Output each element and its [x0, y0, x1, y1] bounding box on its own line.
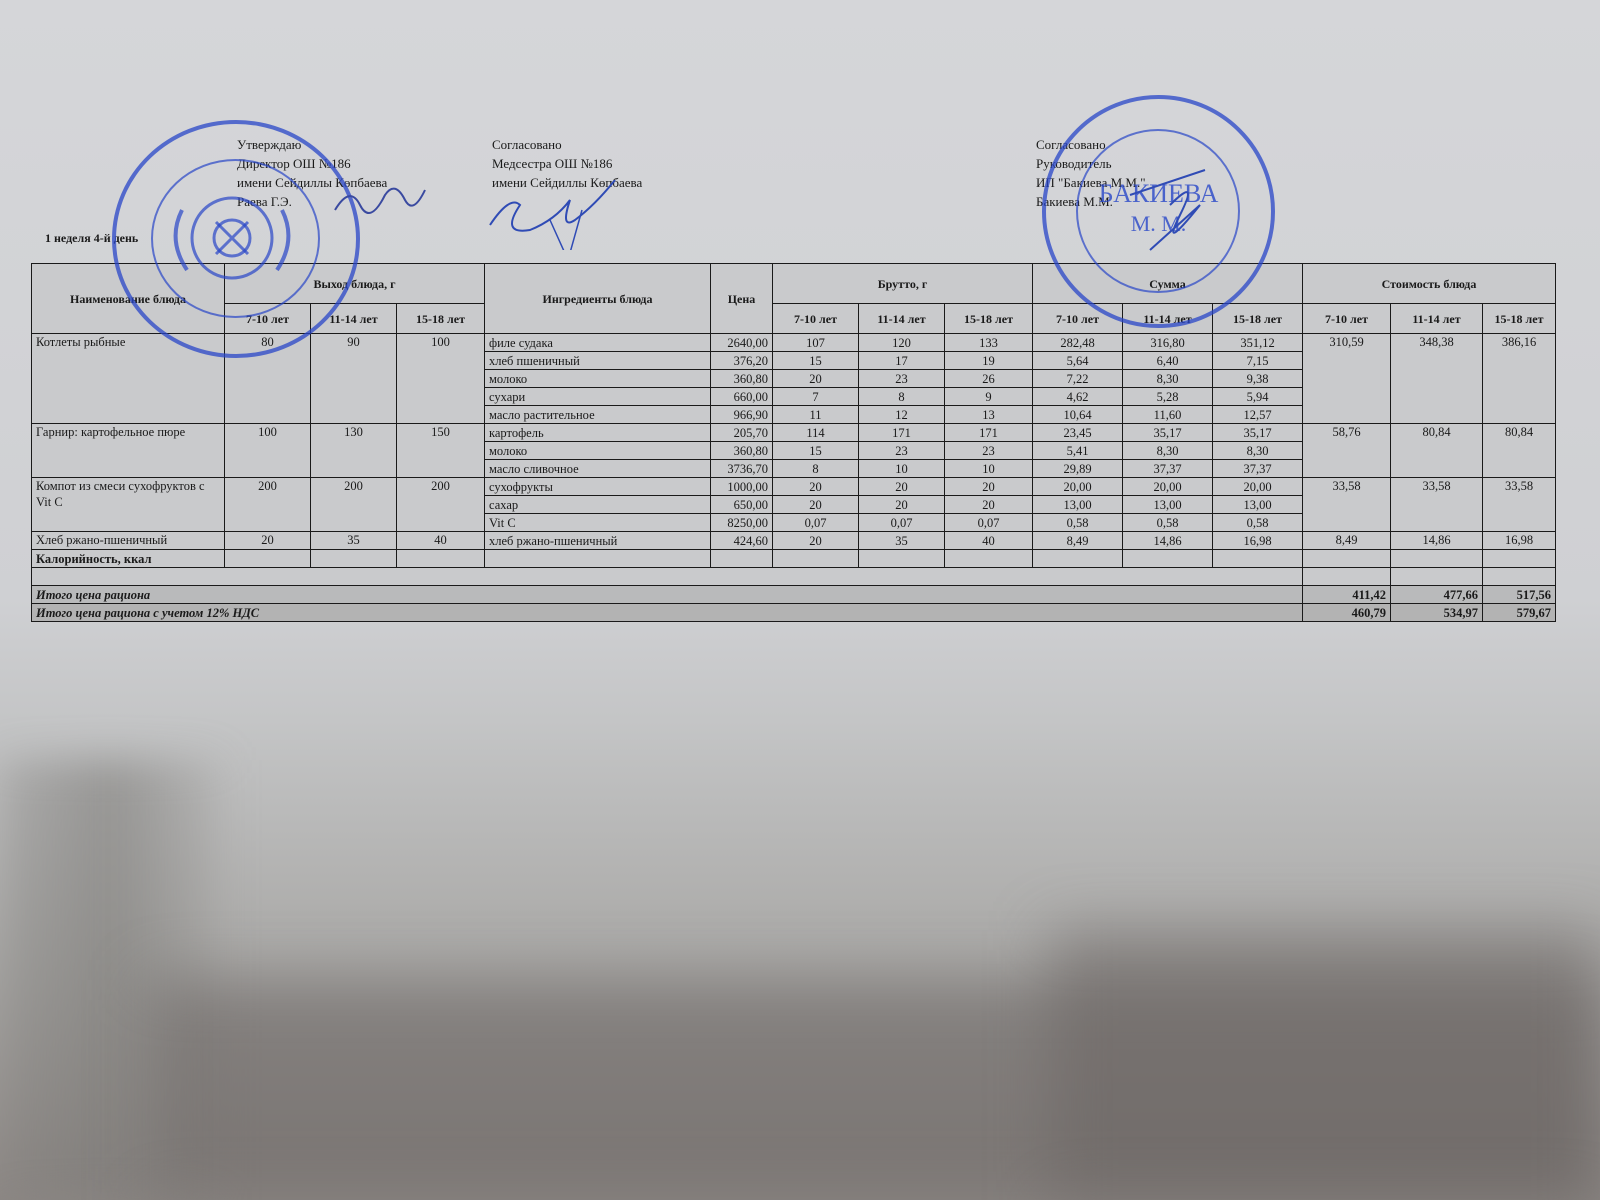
dish-name: Гарнир: картофельное пюре — [32, 424, 225, 478]
ingredient-price: 660,00 — [711, 388, 773, 406]
dish-portion: 200 — [225, 478, 311, 532]
approval-school: имени Сейдиллы Көпбаева — [237, 173, 387, 192]
empty-cell — [1303, 550, 1391, 568]
dish-portion: 200 — [311, 478, 397, 532]
ingredient-price: 205,70 — [711, 424, 773, 442]
calories-row: Калорийность, ккал — [32, 550, 1556, 568]
total-vat-label: Итого цена рациона с учетом 12% НДС — [32, 604, 1303, 622]
ingredient-sum: 13,00 — [1123, 496, 1213, 514]
dish-cost: 33,58 — [1303, 478, 1391, 532]
ingredient-gross: 40 — [945, 532, 1033, 550]
ingredient-gross: 0,07 — [859, 514, 945, 532]
ingredient-gross: 20 — [859, 496, 945, 514]
dish-name: Компот из смеси сухофруктов с Vit C — [32, 478, 225, 532]
empty-cell — [859, 550, 945, 568]
table-row: Хлеб ржано-пшеничный203540хлеб ржано-пше… — [32, 532, 1556, 550]
dish-cost: 16,98 — [1483, 532, 1556, 550]
ingredient-sum: 20,00 — [1123, 478, 1213, 496]
ingredient-sum: 5,94 — [1213, 388, 1303, 406]
ingredient-sum: 0,58 — [1123, 514, 1213, 532]
ingredient-sum: 20,00 — [1033, 478, 1123, 496]
ingredient-gross: 10 — [945, 460, 1033, 478]
ingredient-gross: 133 — [945, 334, 1033, 352]
ingredient-sum: 13,00 — [1033, 496, 1123, 514]
ingredient-gross: 20 — [773, 496, 859, 514]
ingredient-gross: 20 — [773, 478, 859, 496]
ingredient-price: 360,80 — [711, 442, 773, 460]
ingredient-gross: 11 — [773, 406, 859, 424]
ingredient-sum: 351,12 — [1213, 334, 1303, 352]
supplier-company: ИП "Бакиева М.М." — [1036, 173, 1146, 192]
ingredient-price: 650,00 — [711, 496, 773, 514]
empty-cell — [773, 550, 859, 568]
ingredient-name: хлеб ржано-пшеничный — [485, 532, 711, 550]
ingredient-sum: 6,40 — [1123, 352, 1213, 370]
dish-portion: 20 — [225, 532, 311, 550]
ingredient-sum: 37,37 — [1123, 460, 1213, 478]
empty-cell — [225, 550, 311, 568]
ingredient-gross: 7 — [773, 388, 859, 406]
header-dish-cost: Стоимость блюда — [1303, 264, 1556, 304]
stamp-initials: М. М. — [1046, 211, 1271, 237]
ingredient-sum: 5,28 — [1123, 388, 1213, 406]
ingredient-sum: 10,64 — [1033, 406, 1123, 424]
header-cost-age2: 11-14 лет — [1391, 304, 1483, 334]
total-label: Итого цена рациона — [32, 586, 1303, 604]
empty-cell — [311, 550, 397, 568]
dish-cost: 386,16 — [1483, 334, 1556, 424]
ingredient-sum: 20,00 — [1213, 478, 1303, 496]
ingredient-sum: 37,37 — [1213, 460, 1303, 478]
header-sum-age1: 7-10 лет — [1033, 304, 1123, 334]
header-gross-age2: 11-14 лет — [859, 304, 945, 334]
table-row: Гарнир: картофельное пюре100130150картоф… — [32, 424, 1556, 442]
ingredient-price: 966,90 — [711, 406, 773, 424]
menu-table: Наименование блюда Выход блюда, г Ингред… — [31, 263, 1556, 622]
header-portion-age1: 7-10 лет — [225, 304, 311, 334]
ingredient-name: Vit C — [485, 514, 711, 532]
ingredient-sum: 282,48 — [1033, 334, 1123, 352]
ingredient-gross: 23 — [859, 442, 945, 460]
table-row: Котлеты рыбные8090100филе судака2640,001… — [32, 334, 1556, 352]
nurse-school: имени Сейдиллы Көпбаева — [492, 173, 642, 192]
ingredient-sum: 7,22 — [1033, 370, 1123, 388]
nurse-agreement-title: Согласовано — [492, 135, 642, 154]
ingredient-gross: 23 — [945, 442, 1033, 460]
ingredient-gross: 20 — [773, 370, 859, 388]
empty-cell — [1391, 550, 1483, 568]
dish-cost: 310,59 — [1303, 334, 1391, 424]
week-day-label: 1 неделя 4-й день — [45, 231, 138, 246]
ingredient-gross: 120 — [859, 334, 945, 352]
ingredient-sum: 35,17 — [1213, 424, 1303, 442]
supplier-agreement-title: Согласовано — [1036, 135, 1146, 154]
total-vat-value: 460,79 — [1303, 604, 1391, 622]
header-portion-age3: 15-18 лет — [397, 304, 485, 334]
ingredient-name: хлеб пшеничный — [485, 352, 711, 370]
ingredient-name: филе судака — [485, 334, 711, 352]
ingredient-gross: 10 — [859, 460, 945, 478]
ingredient-price: 360,80 — [711, 370, 773, 388]
ingredient-price: 2640,00 — [711, 334, 773, 352]
header-sum: Сумма — [1033, 264, 1303, 304]
dish-name: Котлеты рыбные — [32, 334, 225, 424]
total-value: 477,66 — [1391, 586, 1483, 604]
dish-cost: 80,84 — [1483, 424, 1556, 478]
header-cost-age3: 15-18 лет — [1483, 304, 1556, 334]
dish-name: Хлеб ржано-пшеничный — [32, 532, 225, 550]
ingredient-price: 3736,70 — [711, 460, 773, 478]
ingredient-sum: 0,58 — [1213, 514, 1303, 532]
ingredient-gross: 19 — [945, 352, 1033, 370]
ingredient-name: масло сливочное — [485, 460, 711, 478]
dish-portion: 35 — [311, 532, 397, 550]
header-portion-age2: 11-14 лет — [311, 304, 397, 334]
ingredient-name: молоко — [485, 370, 711, 388]
dish-portion: 150 — [397, 424, 485, 478]
ingredient-price: 376,20 — [711, 352, 773, 370]
ingredient-sum: 7,15 — [1213, 352, 1303, 370]
dish-portion: 100 — [397, 334, 485, 424]
ingredient-sum: 8,49 — [1033, 532, 1123, 550]
dish-portion: 90 — [311, 334, 397, 424]
supplier-agreement-block: Согласовано Руководитель ИП "Бакиева М.М… — [1036, 135, 1146, 211]
ingredient-gross: 0,07 — [945, 514, 1033, 532]
header-cost-age1: 7-10 лет — [1303, 304, 1391, 334]
photo-shadow — [1050, 930, 1600, 1200]
empty-cell — [1033, 550, 1123, 568]
header-gross-age1: 7-10 лет — [773, 304, 859, 334]
supplier-position: Руководитель — [1036, 154, 1146, 173]
ingredient-sum: 29,89 — [1033, 460, 1123, 478]
approval-title: Утверждаю — [237, 135, 387, 154]
dish-portion: 100 — [225, 424, 311, 478]
ingredient-gross: 26 — [945, 370, 1033, 388]
dish-portion: 200 — [397, 478, 485, 532]
ingredient-name: молоко — [485, 442, 711, 460]
header-gross-age3: 15-18 лет — [945, 304, 1033, 334]
dish-cost: 33,58 — [1483, 478, 1556, 532]
ingredient-sum: 4,62 — [1033, 388, 1123, 406]
ingredient-gross: 171 — [859, 424, 945, 442]
ingredient-name: сухофрукты — [485, 478, 711, 496]
ingredient-sum: 0,58 — [1033, 514, 1123, 532]
empty-cell — [485, 550, 711, 568]
ingredient-gross: 12 — [859, 406, 945, 424]
ingredient-gross: 15 — [773, 352, 859, 370]
ingredient-gross: 20 — [773, 532, 859, 550]
nurse-agreement-block: Согласовано Медсестра ОШ №186 имени Сейд… — [492, 135, 642, 192]
dish-portion: 80 — [225, 334, 311, 424]
supplier-name: Бакиева М.М. — [1036, 192, 1146, 211]
total-row: Итого цена рациона411,42477,66517,56 — [32, 586, 1556, 604]
ingredient-sum: 14,86 — [1123, 532, 1213, 550]
header-dish-name: Наименование блюда — [32, 264, 225, 334]
ingredient-name: сухари — [485, 388, 711, 406]
total-value: 517,56 — [1483, 586, 1556, 604]
ingredient-sum: 8,30 — [1123, 370, 1213, 388]
dish-cost: 8,49 — [1303, 532, 1391, 550]
ingredient-sum: 35,17 — [1123, 424, 1213, 442]
ingredient-price: 1000,00 — [711, 478, 773, 496]
dish-portion: 40 — [397, 532, 485, 550]
ingredient-sum: 5,64 — [1033, 352, 1123, 370]
approval-name: Раева Г.Э. — [237, 192, 387, 211]
ingredient-gross: 107 — [773, 334, 859, 352]
ingredient-gross: 20 — [945, 478, 1033, 496]
ingredient-sum: 13,00 — [1213, 496, 1303, 514]
ingredient-sum: 5,41 — [1033, 442, 1123, 460]
ingredient-gross: 0,07 — [773, 514, 859, 532]
dish-cost: 348,38 — [1391, 334, 1483, 424]
dish-cost: 14,86 — [1391, 532, 1483, 550]
total-vat-row: Итого цена рациона с учетом 12% НДС460,7… — [32, 604, 1556, 622]
ingredient-gross: 35 — [859, 532, 945, 550]
ingredient-sum: 8,30 — [1123, 442, 1213, 460]
table-row: Компот из смеси сухофруктов с Vit C20020… — [32, 478, 1556, 496]
total-value: 411,42 — [1303, 586, 1391, 604]
ingredient-name: картофель — [485, 424, 711, 442]
ingredient-name: масло растительное — [485, 406, 711, 424]
ingredient-sum: 316,80 — [1123, 334, 1213, 352]
empty-cell — [1123, 550, 1213, 568]
total-vat-value: 534,97 — [1391, 604, 1483, 622]
ingredient-gross: 8 — [859, 388, 945, 406]
dish-cost: 80,84 — [1391, 424, 1483, 478]
ingredient-gross: 9 — [945, 388, 1033, 406]
ingredient-gross: 8 — [773, 460, 859, 478]
ingredient-sum: 9,38 — [1213, 370, 1303, 388]
header-sum-age2: 11-14 лет — [1123, 304, 1213, 334]
ingredient-gross: 20 — [945, 496, 1033, 514]
ingredient-gross: 15 — [773, 442, 859, 460]
nurse-position: Медсестра ОШ №186 — [492, 154, 642, 173]
ingredient-name: сахар — [485, 496, 711, 514]
dish-cost: 58,76 — [1303, 424, 1391, 478]
calories-label: Калорийность, ккал — [32, 550, 225, 568]
ingredient-gross: 17 — [859, 352, 945, 370]
approval-position: Директор ОШ №186 — [237, 154, 387, 173]
ingredient-sum: 23,45 — [1033, 424, 1123, 442]
header-sum-age3: 15-18 лет — [1213, 304, 1303, 334]
ingredient-gross: 20 — [859, 478, 945, 496]
dish-portion: 130 — [311, 424, 397, 478]
ingredient-price: 424,60 — [711, 532, 773, 550]
total-vat-value: 579,67 — [1483, 604, 1556, 622]
spacer-row — [32, 568, 1556, 586]
header-portion: Выход блюда, г — [225, 264, 485, 304]
ingredient-gross: 171 — [945, 424, 1033, 442]
ingredient-sum: 8,30 — [1213, 442, 1303, 460]
ingredient-sum: 11,60 — [1123, 406, 1213, 424]
ingredient-gross: 23 — [859, 370, 945, 388]
ingredient-gross: 13 — [945, 406, 1033, 424]
header-gross: Брутто, г — [773, 264, 1033, 304]
empty-cell — [397, 550, 485, 568]
empty-cell — [711, 550, 773, 568]
ingredient-sum: 12,57 — [1213, 406, 1303, 424]
ingredient-sum: 16,98 — [1213, 532, 1303, 550]
approval-block: Утверждаю Директор ОШ №186 имени Сейдилл… — [237, 135, 387, 211]
dish-cost: 33,58 — [1391, 478, 1483, 532]
empty-cell — [1483, 550, 1556, 568]
header-ingredients: Ингредиенты блюда — [485, 264, 711, 334]
empty-cell — [1213, 550, 1303, 568]
empty-cell — [945, 550, 1033, 568]
ingredient-gross: 114 — [773, 424, 859, 442]
header-price: Цена — [711, 264, 773, 334]
ingredient-price: 8250,00 — [711, 514, 773, 532]
